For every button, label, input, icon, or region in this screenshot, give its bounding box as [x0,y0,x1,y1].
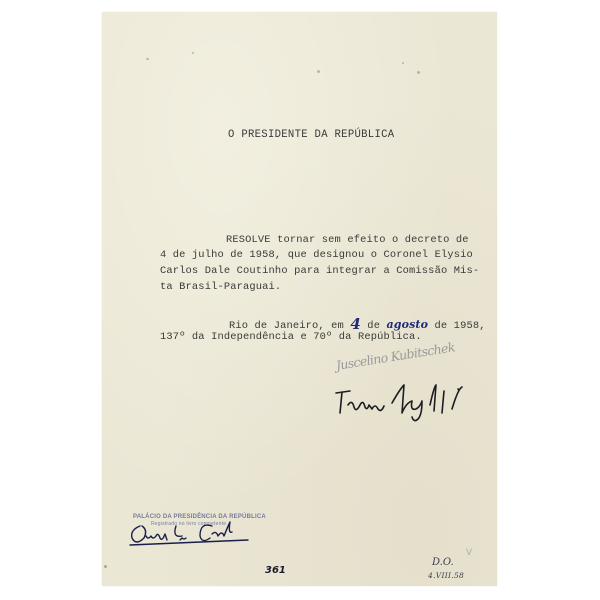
paper-speck [192,52,194,54]
paper-speck [146,58,149,60]
paper-speck [317,70,320,73]
body-line-4: ta Brasil-Paraguai. [160,282,281,292]
document-heading: O PRESIDENTE DA REPÚBLICA [228,130,394,141]
dateline: Rio de Janeiro, em 4 de agosto de 1958, [229,316,486,331]
pencil-check-mark: V [466,548,472,558]
body-line-2: 4 de julho de 1958, que designou o Coron… [160,250,473,260]
body-line-3: Carlos Dale Coutinho para integrar a Com… [160,266,479,276]
stamp-signature-glyph [128,518,258,548]
paper-speck [417,71,420,74]
body-line-1: RESOLVE tornar sem efeito o decreto de [226,235,469,245]
paper-speck [104,565,107,568]
ink-signature-glyph [334,383,474,423]
initials-annotation: D.O. [432,557,454,568]
dateline-suffix: de 1958, [428,320,485,332]
dateline-line-2: 137º da Independência e 70º da República… [160,332,422,342]
paper-speck [402,62,404,64]
handwritten-month: agosto [386,318,428,331]
initials-date: 4.VIII.58 [428,571,464,580]
page-number: 361 [265,565,286,576]
ink-signature [334,383,474,428]
document-page [102,12,497,586]
stamp-signature [128,518,258,553]
